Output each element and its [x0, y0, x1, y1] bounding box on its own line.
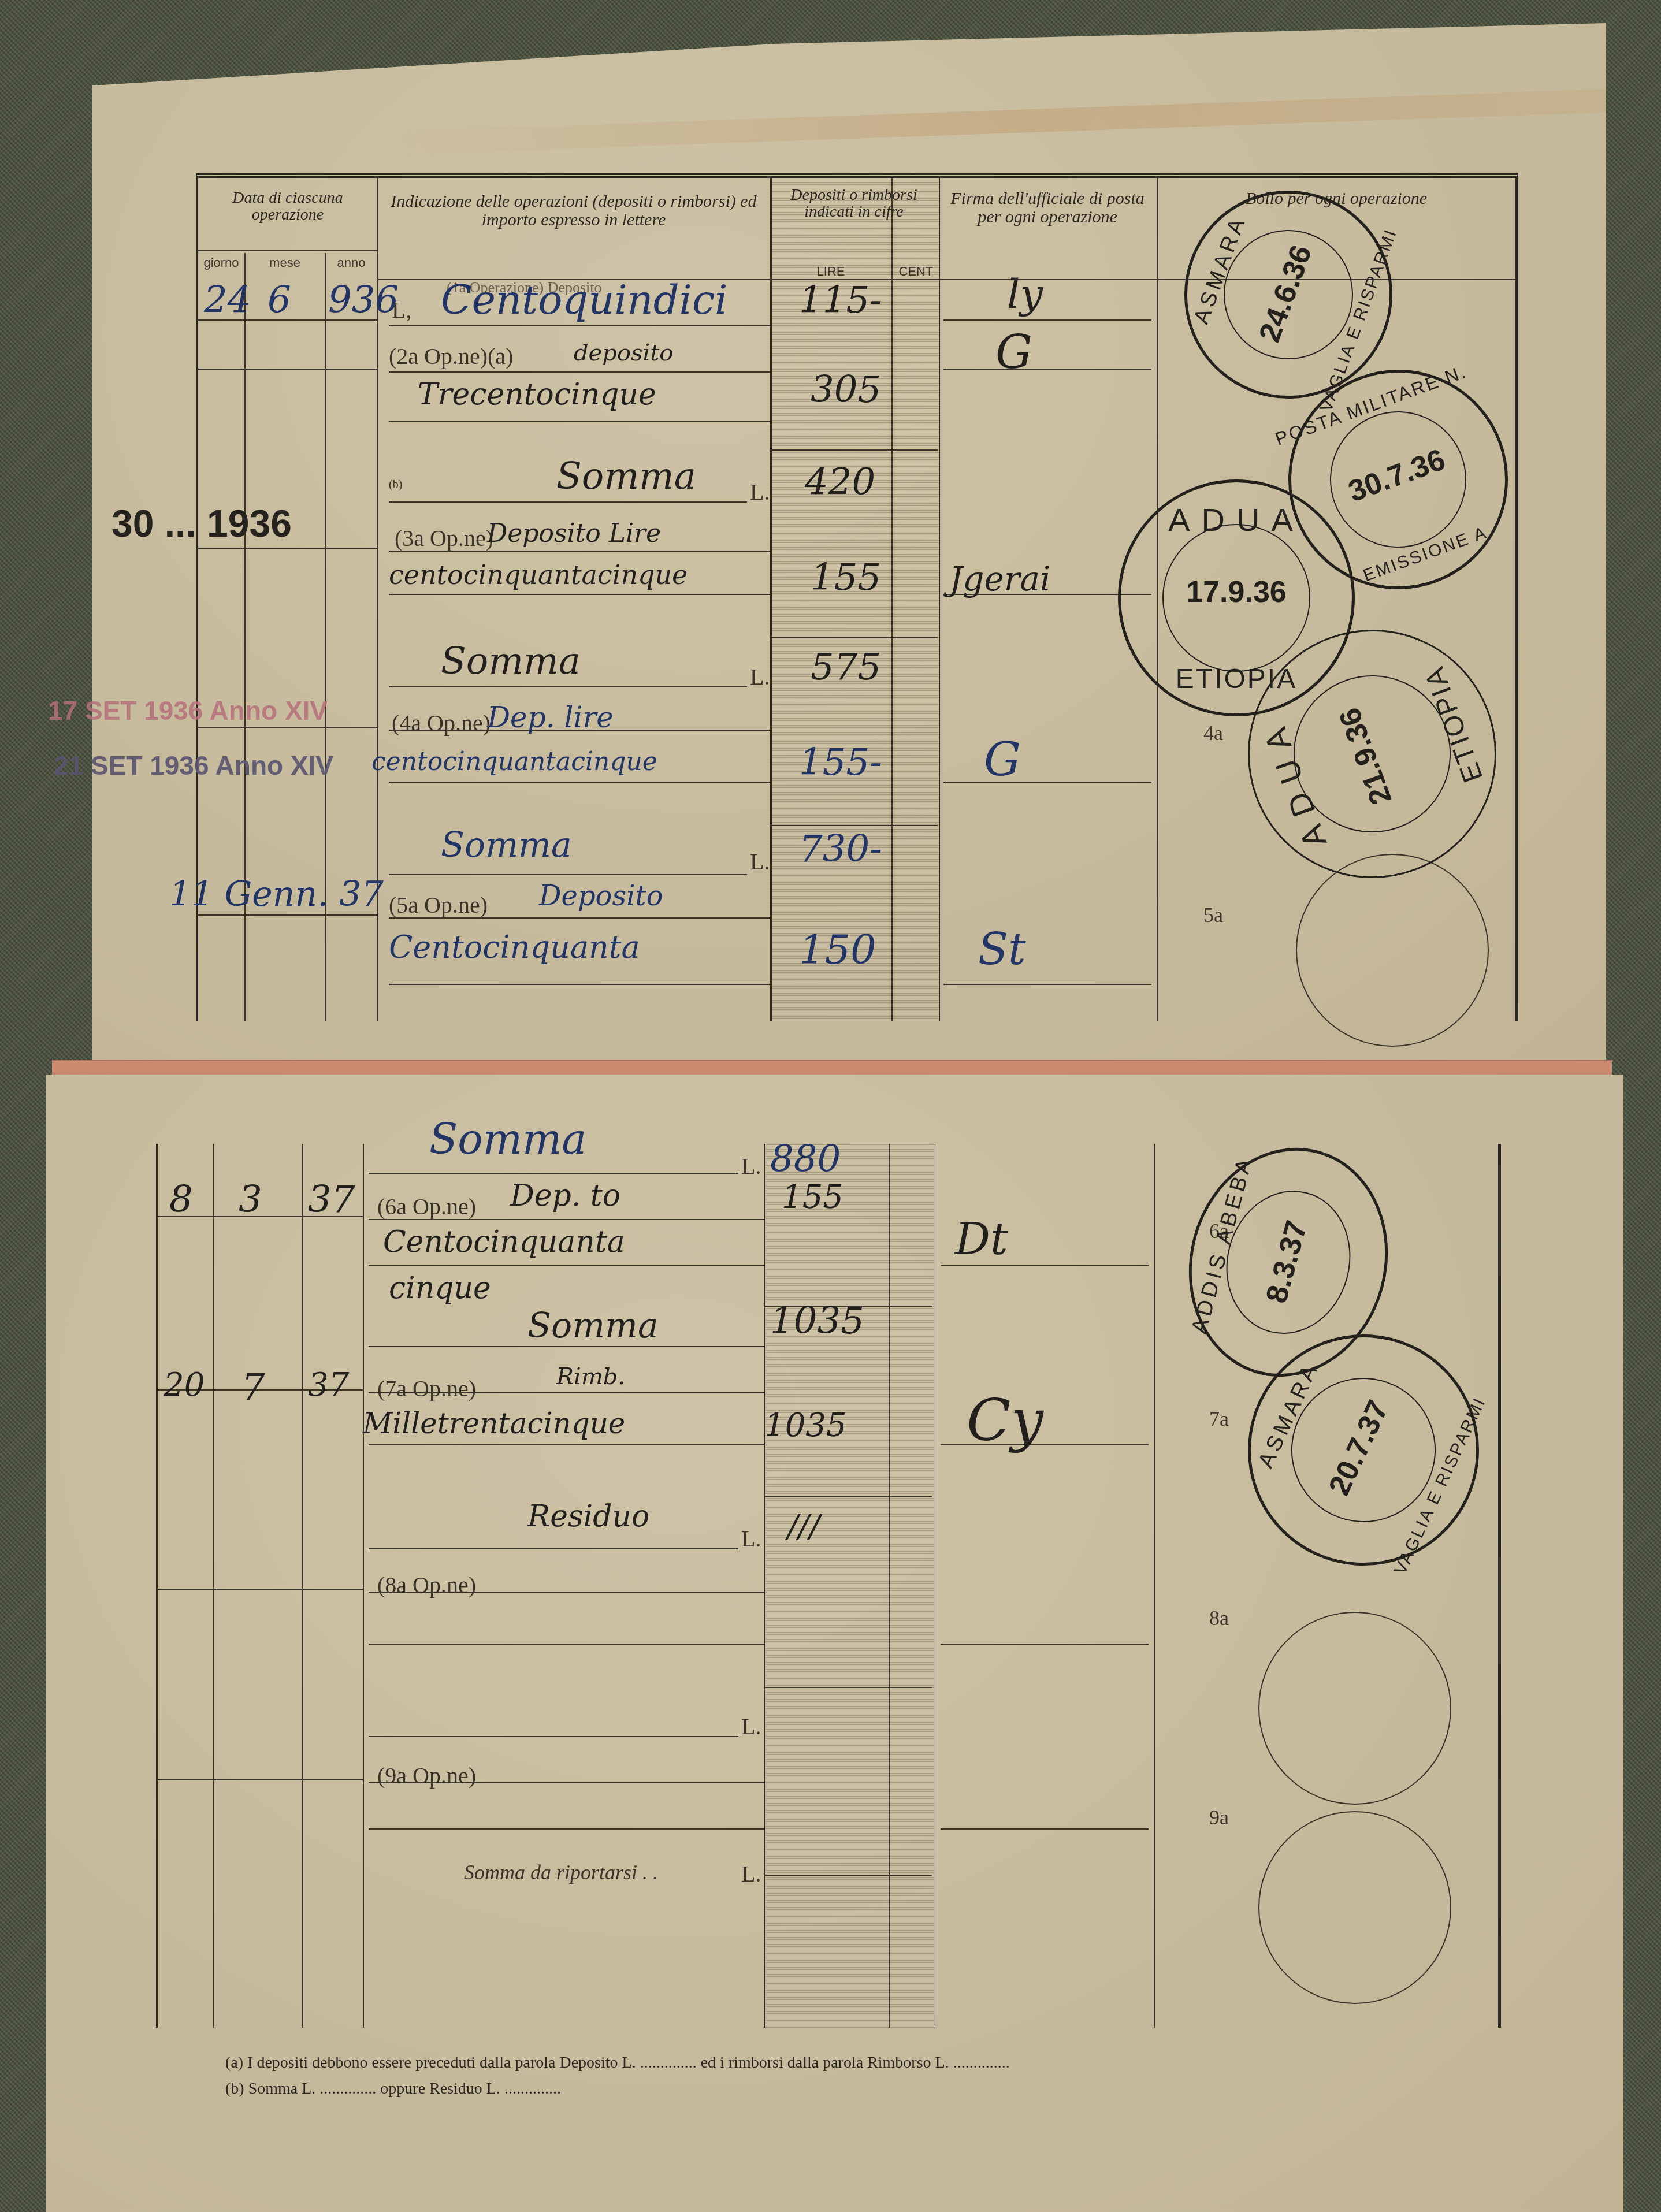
b-row4-month: 7: [241, 1366, 265, 1409]
row4-date-stamp: 30 ... 1936: [112, 501, 292, 545]
row-line: [198, 369, 377, 370]
row6-words1: Dep. lire: [487, 701, 614, 734]
b-row1-words: Somma: [429, 1115, 586, 1163]
row3-amount: 420: [805, 461, 875, 504]
b-row9-words: Somma da riportarsi . .: [464, 1860, 658, 1884]
row2-amount: 305: [811, 369, 881, 411]
row-line: [389, 325, 770, 326]
stamp-slot-4-label: 4a: [1203, 721, 1223, 745]
row8-date-handwritten: 11 Genn. 37: [169, 874, 384, 914]
row-line: [198, 914, 377, 916]
row-line: [943, 984, 1151, 985]
row4-words1: Deposito Lire: [487, 519, 661, 548]
row-line: [770, 637, 938, 638]
row4-amount: 155: [811, 556, 881, 599]
row-line: [198, 250, 377, 251]
footnote-a: (a) I depositi debbono essere preceduti …: [225, 2054, 1010, 2072]
b-row8-op-label: (9a Op.ne): [377, 1762, 476, 1789]
empty-stamp-circle-9: [1258, 1811, 1451, 2004]
stamp-slot-8-label: 8a: [1209, 1606, 1229, 1630]
b-row2-words1: Dep. to: [510, 1179, 620, 1213]
stamp-slot-9-label: 9a: [1209, 1805, 1229, 1830]
b-row4-words1: Rimb.: [556, 1363, 625, 1390]
stamp-slot-7-label: 7a: [1209, 1407, 1229, 1431]
b-row2-signature: Dt: [955, 1213, 1008, 1265]
amount-column-shading: [764, 1144, 935, 2028]
row5-words: Somma: [441, 640, 581, 683]
row8-op-label: (5a Op.ne): [389, 891, 488, 919]
row-line: [941, 1265, 1149, 1266]
b-row1-suffix: L.: [741, 1153, 761, 1180]
b-row7-suffix: L.: [741, 1713, 761, 1740]
row-line: [158, 1589, 363, 1590]
b-row5-words: Residuo: [527, 1499, 649, 1534]
month-subheader: mese: [247, 256, 322, 269]
row4-op-label: (3a Op.ne): [395, 525, 493, 552]
row6-op-label: (4a Op.ne): [392, 709, 491, 737]
b-row9-suffix: L.: [741, 1860, 761, 1887]
col-line: [302, 1144, 303, 2028]
row-line: [198, 548, 377, 549]
b-row2-op-label: (6a Op.ne): [377, 1193, 476, 1220]
row-line: [369, 1644, 764, 1645]
row-line: [389, 686, 747, 687]
b-row2-words3: cinque: [389, 1271, 491, 1306]
b-row3-amount: 1035: [770, 1300, 864, 1343]
row-line: [941, 1644, 1149, 1645]
row2-op-label: (2a Op.ne)(a): [389, 343, 513, 370]
row-line: [943, 782, 1151, 783]
b-row3-words: Somma: [527, 1306, 659, 1346]
b-row2-month: 3: [239, 1179, 262, 1221]
col-line: [891, 178, 893, 1021]
row7-suffix: L.: [750, 848, 770, 875]
row-line: [389, 782, 770, 783]
row-line: [389, 421, 770, 422]
row2-words1: deposito: [574, 340, 673, 366]
row7-amount: 730-: [799, 828, 882, 871]
row1-month: 6: [267, 279, 291, 322]
row6-date-stamp-violet: 21 SET 1936 Anno XIV: [54, 750, 333, 781]
row2-signature: G: [995, 325, 1032, 379]
age-stain: [381, 88, 1652, 155]
row-line: [389, 594, 770, 595]
col-line: [889, 1144, 890, 2028]
row-line: [369, 1173, 738, 1174]
row5-amount: 575: [811, 646, 881, 689]
row8-amount: 150: [799, 926, 876, 973]
row-line: [369, 1828, 764, 1830]
b-row4-year: 37: [308, 1366, 349, 1404]
b-row4-signature: Cy: [967, 1386, 1043, 1454]
row-line: [369, 1265, 764, 1266]
row4-signature: Jgerai: [949, 559, 1051, 598]
row1-day: 24: [204, 279, 251, 322]
row8-words2: Centocinquanta: [389, 929, 640, 965]
b-row4-words2: Milletrentacinque: [363, 1407, 625, 1440]
row6-words2: centocinquantacinque: [371, 747, 657, 776]
b-row2-day: 8: [169, 1179, 193, 1221]
row6-date-stamp-red: 17 SET 1936 Anno XIV: [48, 695, 328, 726]
cent-subheader: CENT: [894, 265, 938, 278]
row6-signature: G: [984, 733, 1021, 786]
b-row4-amount: 1035: [764, 1407, 847, 1444]
row-line: [369, 1346, 764, 1347]
row3-op-label: (b): [389, 478, 402, 492]
row-line: [941, 1828, 1149, 1830]
row7-words: Somma: [441, 825, 572, 865]
b-row5-suffix: L.: [741, 1525, 761, 1552]
row1-amount: 115-: [799, 279, 882, 322]
empty-stamp-circle-8: [1258, 1612, 1451, 1805]
row-line: [764, 1687, 932, 1688]
row3-words: Somma: [556, 455, 696, 498]
row8-words1: Deposito: [539, 880, 663, 912]
day-subheader: giorno: [198, 256, 244, 269]
b-row2-words2: Centocinquanta: [383, 1225, 625, 1259]
row-line: [764, 1875, 932, 1876]
col-line: [213, 1144, 214, 2028]
b-row2-year: 37: [308, 1179, 355, 1221]
row-line: [369, 1444, 764, 1445]
b-row2-amount: 155: [782, 1179, 843, 1216]
row-line: [389, 501, 747, 503]
row6-amount: 155-: [799, 741, 882, 784]
row1-prefix: L,: [392, 296, 411, 324]
col-line: [363, 1144, 364, 2028]
b-row4-op-label: (7a Op.ne): [377, 1375, 476, 1402]
year-subheader: anno: [328, 256, 374, 269]
amount-column-header: Depositi o rimborsi indicati in cifre: [770, 187, 938, 221]
row-line: [369, 1736, 738, 1737]
row1-words: Centoquindici: [441, 276, 728, 324]
row-line: [943, 319, 1151, 321]
row-line: [389, 874, 747, 875]
signature-column-header: Firma dell'ufficiale di posta per ogni o…: [943, 189, 1151, 226]
row-line: [369, 1548, 738, 1549]
row-line: [770, 449, 938, 451]
row8-signature: St: [978, 923, 1026, 975]
row4-words2: centocinquantacinque: [389, 559, 688, 590]
col-line: [1154, 1144, 1155, 2028]
operation-column-header: Indicazione delle operazioni (depositi o…: [389, 192, 759, 229]
row-line: [389, 984, 770, 985]
row-line: [158, 1779, 363, 1780]
row-line: [198, 727, 377, 728]
row-line: [389, 371, 770, 373]
row-line: [770, 825, 938, 826]
row3-suffix: L.: [750, 478, 770, 505]
row1-year: 936: [328, 279, 399, 322]
date-column-header: Data di ciascuna operazione: [198, 189, 377, 224]
row-line: [764, 1496, 932, 1497]
stamp-slot-5-label: 5a: [1203, 903, 1223, 927]
row2-words2: Trecentocinque: [418, 377, 656, 412]
b-row6-op-label: (8a Op.ne): [377, 1571, 476, 1598]
row5-suffix: L.: [750, 663, 770, 690]
b-row4-day: 20: [164, 1366, 205, 1404]
b-row1-amount: 880: [770, 1138, 841, 1181]
lire-subheader: LIRE: [773, 265, 889, 278]
b-row5-amount: ///: [787, 1508, 820, 1545]
footnote-b: (b) Somma L. .............. oppure Resid…: [225, 2080, 561, 2098]
row-line: [943, 369, 1151, 370]
row1-signature: ly: [1007, 270, 1043, 318]
